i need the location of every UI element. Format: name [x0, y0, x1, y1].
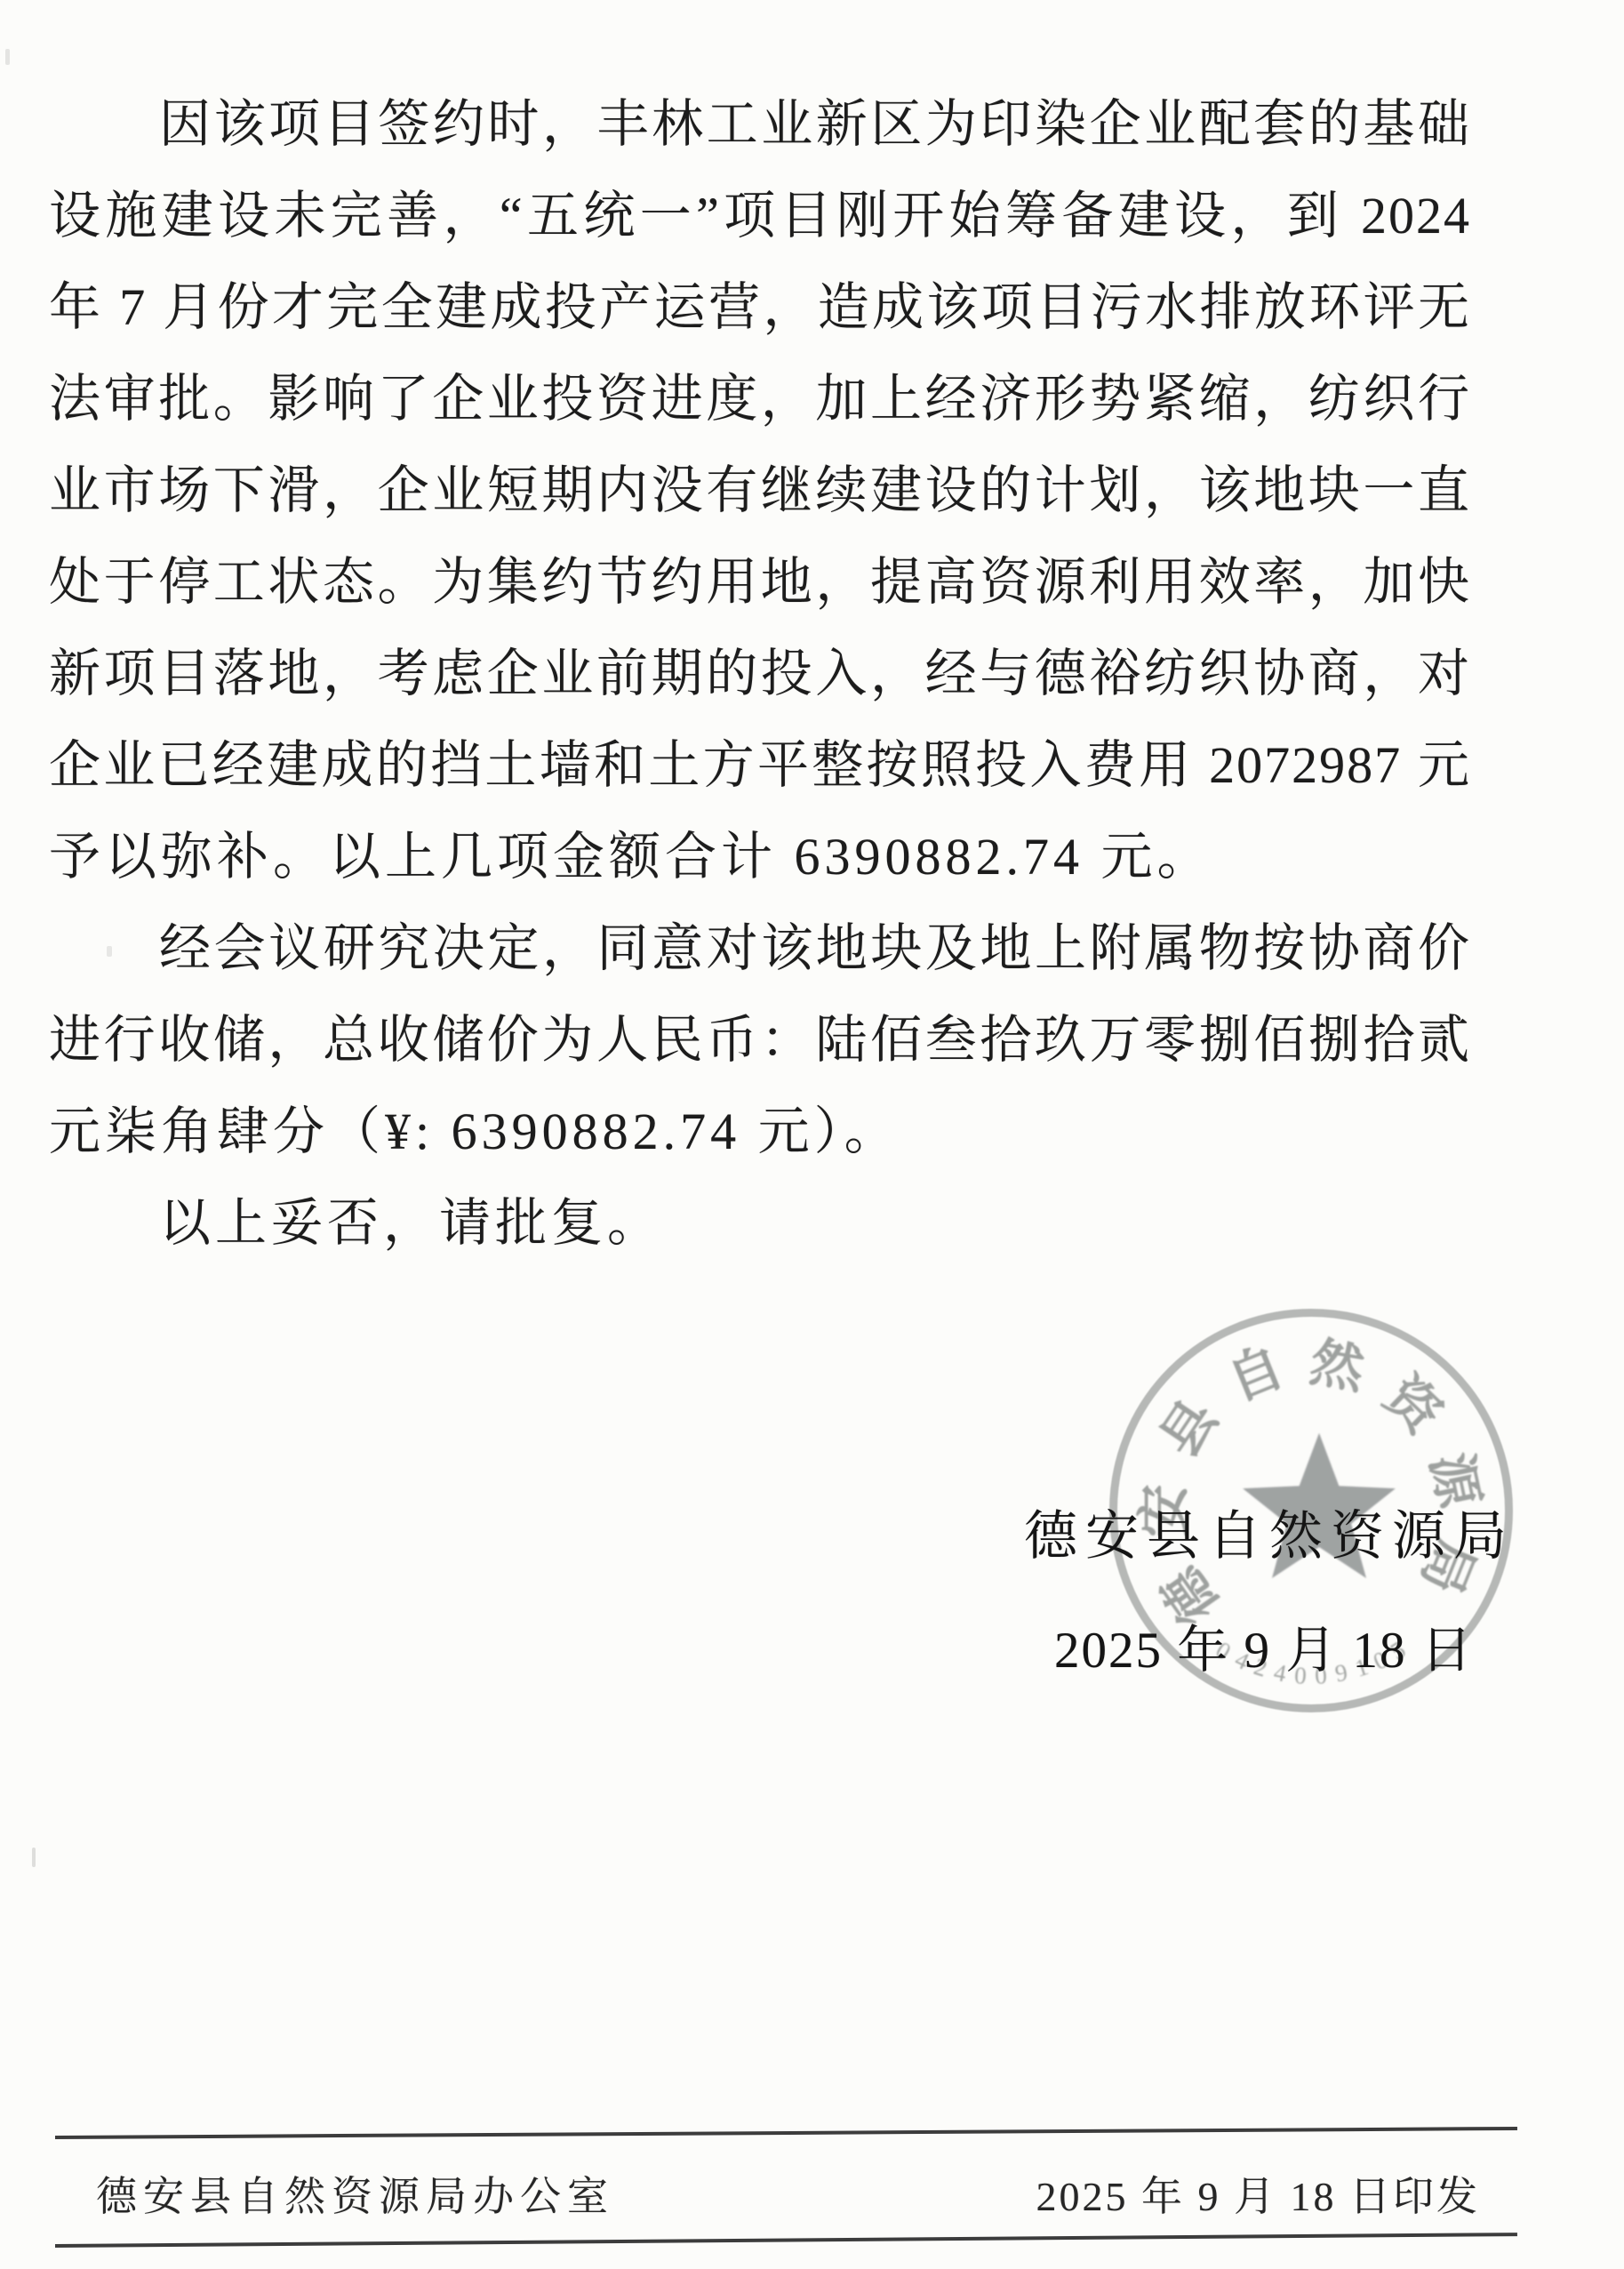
seal-arc-char: 自	[1215, 1325, 1293, 1415]
footer-rule-top	[55, 2127, 1517, 2139]
body-line: 设施建设未完善，“五统一”项目刚开始筹备建设，到 2024	[49, 170, 1471, 261]
scan-artifact	[107, 946, 112, 957]
document-body: 因该项目签约时，丰林工业新区为印染企业配套的基础设施建设未完善，“五统一”项目刚…	[49, 78, 1471, 1269]
body-line: 因该项目签约时，丰林工业新区为印染企业配套的基础	[49, 78, 1471, 170]
body-line: 法审批。影响了企业投资进度，加上经济形势紧缩，纺织行	[49, 353, 1471, 445]
footer-issuing-office: 德安县自然资源局办公室	[96, 2164, 614, 2223]
scanned-official-document: { "page": { "background": "#fcfcfa", "in…	[0, 0, 1624, 2269]
body-line: 进行收储，总收储价为人民币：陆佰叁拾玖万零捌佰捌拾贰	[49, 994, 1471, 1086]
scan-artifact	[32, 1848, 36, 1867]
body-line: 予以弥补。以上几项金额合计 6390882.74 元。	[49, 811, 1471, 902]
body-line: 年 7 月份才完全建成投产运营，造成该项目污水排放环评无	[49, 261, 1471, 353]
footer-print-date: 2025 年 9 月 18 日印发	[1036, 2164, 1481, 2223]
body-line: 以上妥否，请批复。	[49, 1177, 1471, 1269]
body-line: 业市场下滑，企业短期内没有继续建设的计划，该地块一直	[49, 445, 1471, 536]
body-line: 经会议研究决定，同意对该地块及地上附属物按协商价	[49, 902, 1471, 994]
seal-arc-char: 县	[1140, 1383, 1233, 1470]
body-line: 新项目落地，考虑企业前期的投入，经与德裕纺织协商，对	[49, 628, 1471, 719]
scan-artifact	[5, 49, 10, 65]
signature-organization: 德安县自然资源局	[1024, 1494, 1515, 1570]
footer-rule-bottom	[55, 2233, 1517, 2248]
signature-date: 2025 年 9 月 18 日	[1054, 1609, 1474, 1682]
body-line: 元柒角肆分（¥: 6390882.74 元）。	[49, 1086, 1471, 1177]
body-line: 处于停工状态。为集约节约用地，提高资源利用效率，加快	[49, 536, 1471, 628]
body-line: 企业已经建成的挡土墙和土方平整按照投入费用 2072987 元	[49, 719, 1471, 811]
seal-arc-char: 然	[1305, 1319, 1371, 1404]
